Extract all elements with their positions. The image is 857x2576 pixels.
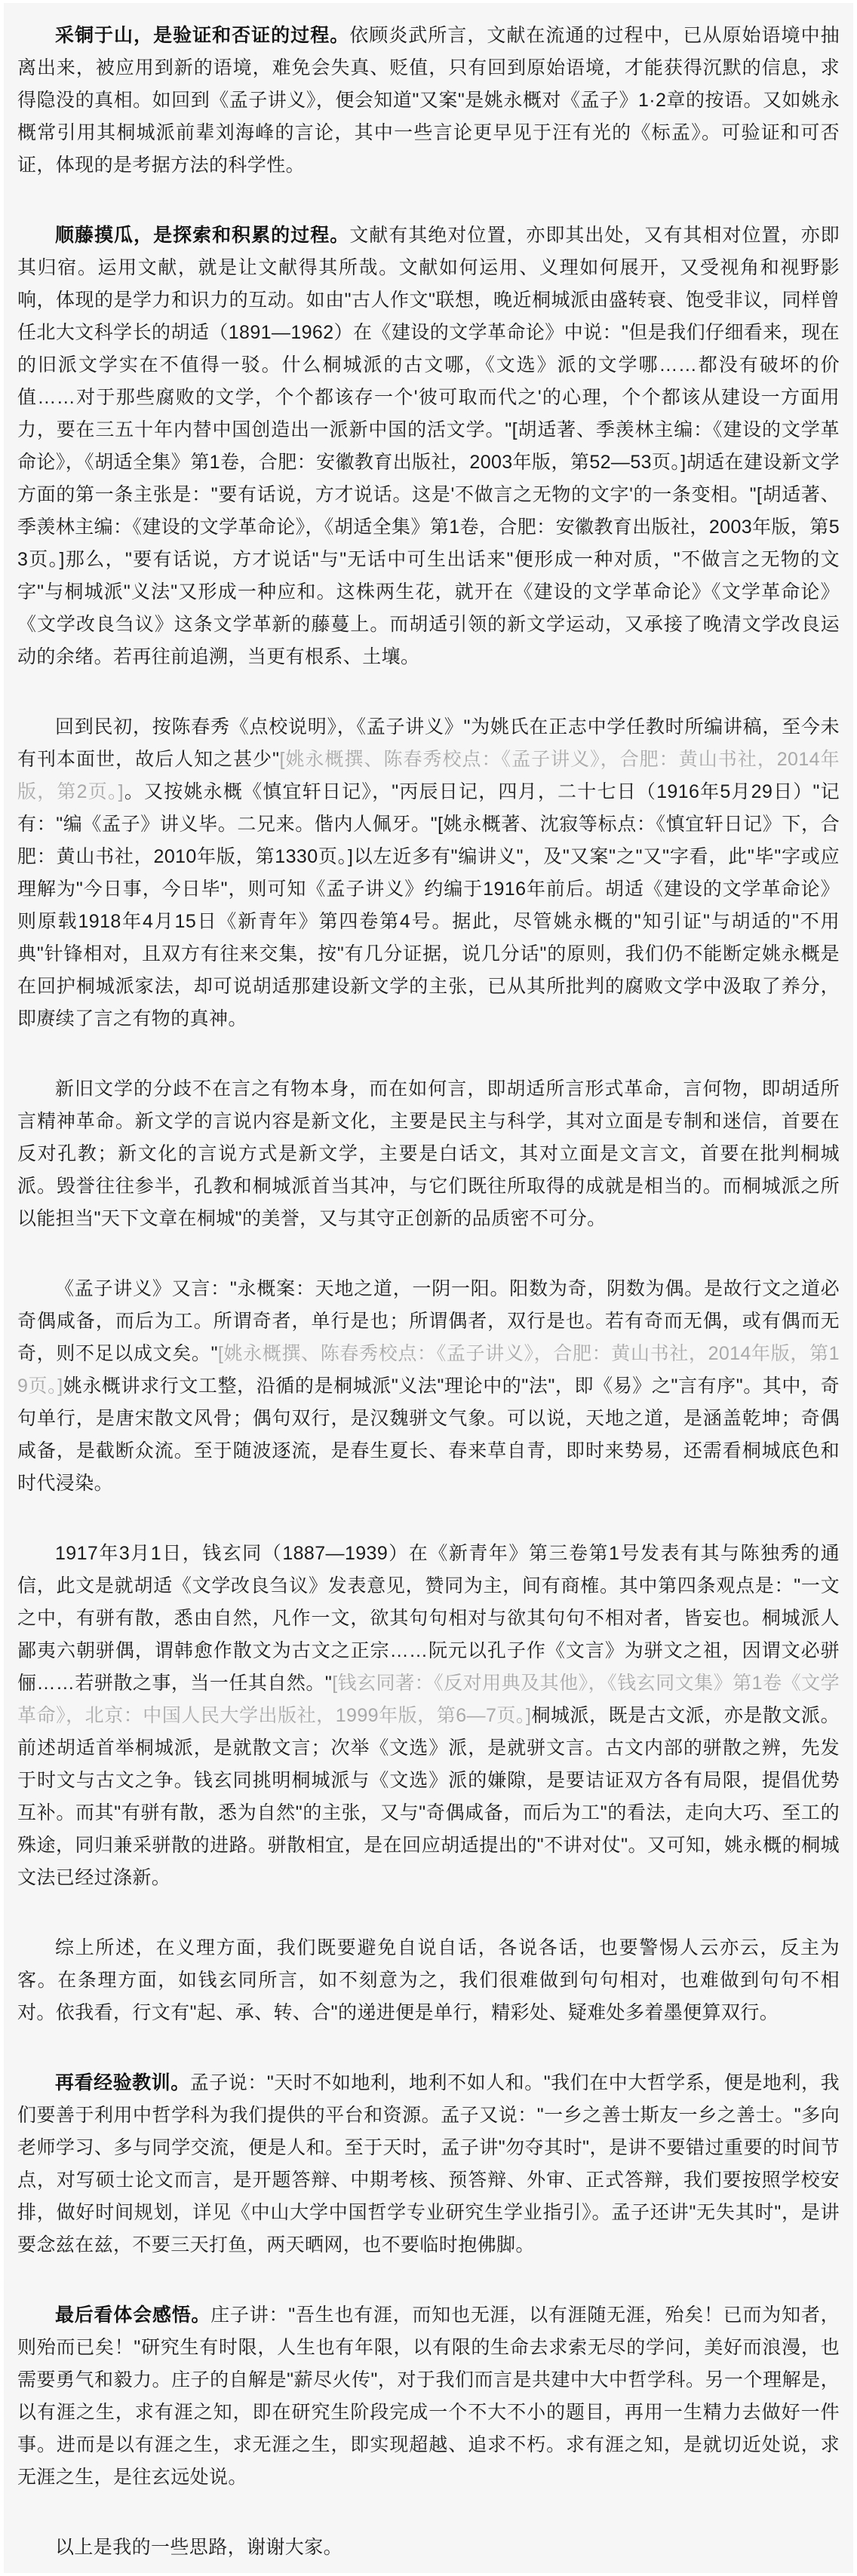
body-text: 庄子讲："吾生也有涯，而知也无涯，以有涯随无涯，殆矣！已而为知者，则殆而已矣！"… (17, 2305, 840, 2488)
body-text: 新旧文学的分歧不在言之有物本身，而在如何言，即胡适所言形式革命，言何物，即胡适所… (17, 1078, 840, 1229)
article-body: 采铜于山，是验证和否证的过程。依顾炎武所言，文献在流通的过程中，已从原始语境中抽… (17, 20, 840, 2564)
body-text: 1917年3月1日，钱玄同（1887—1939）在《新青年》第三卷第1号发表有其… (17, 1543, 840, 1694)
paragraph-4: 新旧文学的分歧不在言之有物本身，而在如何言，即胡适所言形式革命，言何物，即胡适所… (17, 1073, 840, 1235)
body-text: 综上所述，在义理方面，我们既要避免自说自话，各说各话，也要警惕人云亦云，反主为客… (17, 1937, 840, 2023)
body-text: 依顾炎武所言，文献在流通的过程中，已从原始语境中抽离出来，被应用到新的语境，难免… (17, 25, 840, 176)
body-text: 姚永概讲求行文工整，沿循的是桐城派"义法"理论中的"法"，即《易》之"言有序"。… (17, 1375, 840, 1494)
paragraph-10: 以上是我的一些思路，谢谢大家。 (17, 2532, 840, 2564)
body-text: 以上是我的一些思路，谢谢大家。 (55, 2537, 342, 2558)
section-heading-bold: 采铜于山，是验证和否证的过程。 (55, 25, 349, 46)
paragraph-9: 最后看体会感悟。庄子讲："吾生也有涯，而知也无涯，以有涯随无涯，殆矣！已而为知者… (17, 2299, 840, 2494)
paragraph-2: 顺藤摸瓜，是探索和积累的过程。文献有其绝对位置，亦即其出处，又有其相对位置，亦即… (17, 219, 840, 673)
paragraph-5: 《孟子讲义》又言："永概案：天地之道，一阴一阳。阳数为奇，阴数为偶。是故行文之道… (17, 1273, 840, 1500)
paragraph-6: 1917年3月1日，钱玄同（1887—1939）在《新青年》第三卷第1号发表有其… (17, 1538, 840, 1894)
body-text: 孟子说："天时不如地利，地利不如人和。"我们在中大哲学系，便是地利，我们要善于利… (17, 2072, 840, 2256)
body-text: 桐城派，既是古文派，亦是散文派。前述胡适首举桐城派，是就散文言；次举《文选》派，… (17, 1705, 840, 1888)
paragraph-1: 采铜于山，是验证和否证的过程。依顾炎武所言，文献在流通的过程中，已从原始语境中抽… (17, 20, 840, 182)
body-text: 。又按姚永概《慎宜轩日记》，"丙辰日记，四月，二十七日（1916年5月29日）"… (17, 781, 840, 1029)
section-heading-bold: 再看经验教训。 (55, 2072, 190, 2093)
section-heading-bold: 最后看体会感悟。 (55, 2305, 210, 2326)
body-text: 文献有其绝对位置，亦即其出处，又有其相对位置，亦即其归宿。运用文献，就是让文献得… (17, 225, 840, 667)
section-heading-bold: 顺藤摸瓜，是探索和积累的过程。 (55, 225, 349, 246)
paragraph-7: 综上所述，在义理方面，我们既要避免自说自话，各说各话，也要警惕人云亦云，反主为客… (17, 1932, 840, 2029)
paragraph-8: 再看经验教训。孟子说："天时不如地利，地利不如人和。"我们在中大哲学系，便是地利… (17, 2067, 840, 2262)
paragraph-3: 回到民初，按陈春秀《点校说明》，《孟子讲义》"为姚氏在正志中学任教时所编讲稿，至… (17, 711, 840, 1035)
article-page: 采铜于山，是验证和否证的过程。依顾炎武所言，文献在流通的过程中，已从原始语境中抽… (4, 3, 853, 2573)
